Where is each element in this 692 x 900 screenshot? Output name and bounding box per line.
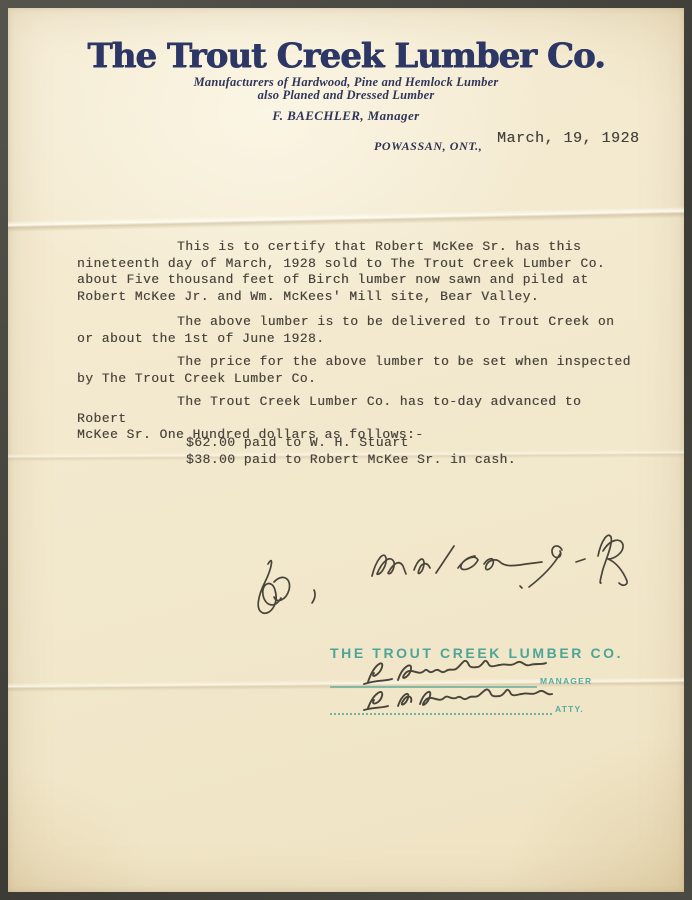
payment-lines: $62.00 paid to W. H. Stuart $38.00 paid …: [186, 435, 606, 468]
atty-label: ATTY.: [555, 704, 584, 714]
company-name: The Trout Creek Lumber Co.: [8, 36, 684, 76]
letterhead-subtitle-2: also Planed and Dressed Lumber: [8, 89, 684, 102]
body-paragraph-3: The price for the above lumber to be set…: [77, 354, 637, 387]
photo-frame: The Trout Creek Lumber Co. Manufacturers…: [0, 0, 692, 900]
body-paragraph-1: This is to certify that Robert McKee Sr.…: [77, 239, 637, 305]
letterhead: The Trout Creek Lumber Co. Manufacturers…: [8, 36, 684, 124]
body-paragraph-2: The above lumber is to be delivered to T…: [77, 314, 637, 347]
letter-paper: The Trout Creek Lumber Co. Manufacturers…: [8, 8, 684, 892]
letterhead-manager-line: F. BAECHLER, Manager: [8, 108, 684, 124]
place-line: POWASSAN, ONT.,: [374, 139, 482, 154]
fold-crease-top: [8, 200, 684, 239]
atty-signature-f-e-baechler: [358, 684, 558, 716]
date-line: March, 19, 1928: [497, 130, 640, 147]
handwritten-signature-r-mckee: [246, 526, 650, 628]
